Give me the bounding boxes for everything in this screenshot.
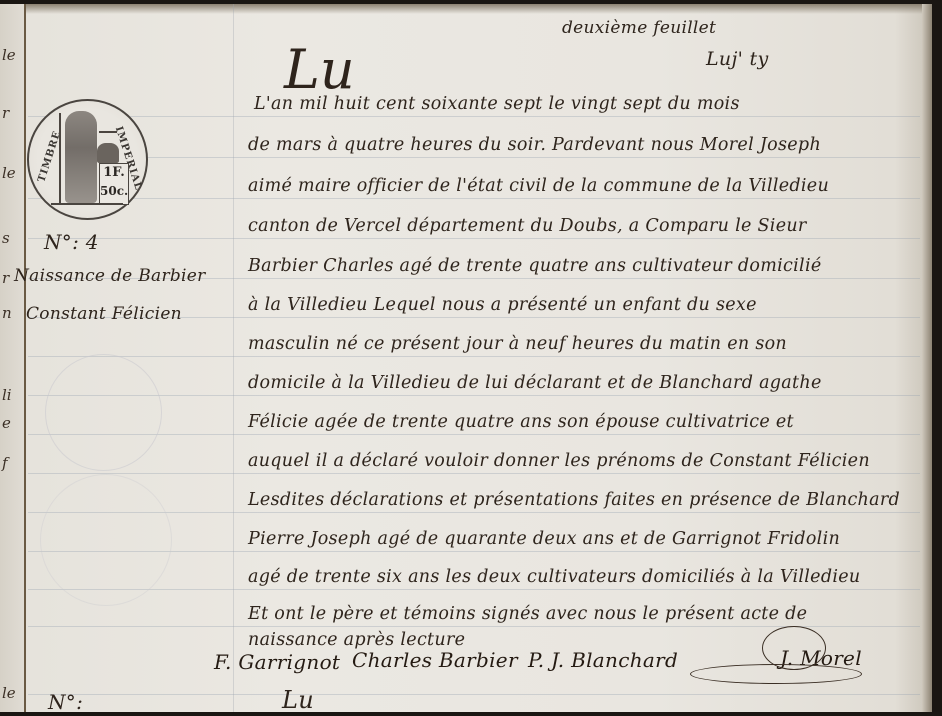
next-record-number-fragment: N°: [48,690,83,712]
ruled-line [28,198,920,199]
body-line-4: canton de Vercel département du Doubs, a… [248,216,807,236]
ruled-line [28,434,920,435]
register-page: le r le s r n li e f le TIMBRE IMPERIAL … [0,4,932,712]
body-line-11: Lesdites déclarations et présentations f… [248,490,900,510]
signature-garrignot: F. Garrignot [214,650,340,674]
sheet-label: deuxième feuillet [562,18,716,38]
body-line-1: L'an mil huit cent soixante sept le ving… [254,94,740,114]
leaf-fragment: f [2,454,8,472]
ruled-line [28,356,920,357]
body-line-9: Félicie agée de trente quatre ans son ép… [248,412,794,432]
body-line-8: domicile à la Villedieu de lui déclarant… [248,373,822,393]
justice-staff-icon [59,113,61,203]
leaf-fragment: le [2,46,16,64]
page-top-shadow [0,4,932,14]
imperial-tax-stamp: TIMBRE IMPERIAL 1F. 50c. [27,99,148,220]
body-line-6: à la Villedieu Lequel nous a présenté un… [248,295,757,315]
page-right-edge [922,4,932,712]
ruled-line [28,116,920,117]
body-line-13: agé de trente six ans les deux cultivate… [248,567,860,587]
leaf-fragment: li [2,386,12,404]
body-line-14: Et ont le père et témoins signés avec no… [248,604,807,624]
leaf-fragment: le [2,684,16,702]
stamp-value-francs: 1F. [100,164,128,182]
ruled-line [28,238,920,239]
scales-icon [99,121,117,133]
leaf-fragment: e [2,414,11,432]
ruled-line [28,589,920,590]
leaf-fragment: r [2,269,9,287]
leaf-fragment: le [2,164,16,182]
stamp-value-centimes: 50c. [100,182,128,200]
ruled-line [28,694,920,695]
next-record-initial-fragment: Lu [282,686,314,712]
stamp-value: 1F. 50c. [99,163,129,205]
body-line-15: naissance après lecture [248,630,465,650]
stamp-base-line [51,203,123,205]
previous-leaf-edge: le r le s r n li e f le [0,4,26,712]
ruled-line [28,157,920,158]
margin-line [233,4,234,712]
signature-underline-flourish-icon [690,664,862,684]
embossed-seal-faint [40,474,172,606]
paraph: Luj' ty [706,48,768,70]
ruled-line [28,395,920,396]
ruled-line [28,473,920,474]
leaf-fragment: s [2,229,10,247]
scan-border [0,712,942,716]
leaf-fragment: r [2,104,9,122]
signature-charles-barbier: Charles Barbier [352,648,518,672]
body-line-10: auquel il a déclaré vouloir donner les p… [248,451,870,471]
body-line-12: Pierre Joseph agé de quarante deux ans e… [248,529,840,549]
initial-mark: Lu [284,38,355,101]
body-line-7: masculin né ce présent jour à neuf heure… [248,334,787,354]
embossed-seal [45,354,162,471]
eagle-icon [97,143,119,163]
leaf-fragment: n [2,304,12,322]
signature-blanchard: P. J. Blanchard [528,648,678,672]
body-line-3: aimé maire officier de l'état civil de l… [248,176,829,196]
body-line-2: de mars à quatre heures du soir. Pardeva… [248,135,821,155]
body-line-5: Barbier Charles agé de trente quatre ans… [248,256,822,276]
record-number: N°: 4 [44,230,99,254]
margin-title-line2: Constant Félicien [26,304,182,324]
margin-title-line1: Naissance de Barbier [14,266,206,286]
justice-figure-icon [65,111,97,203]
